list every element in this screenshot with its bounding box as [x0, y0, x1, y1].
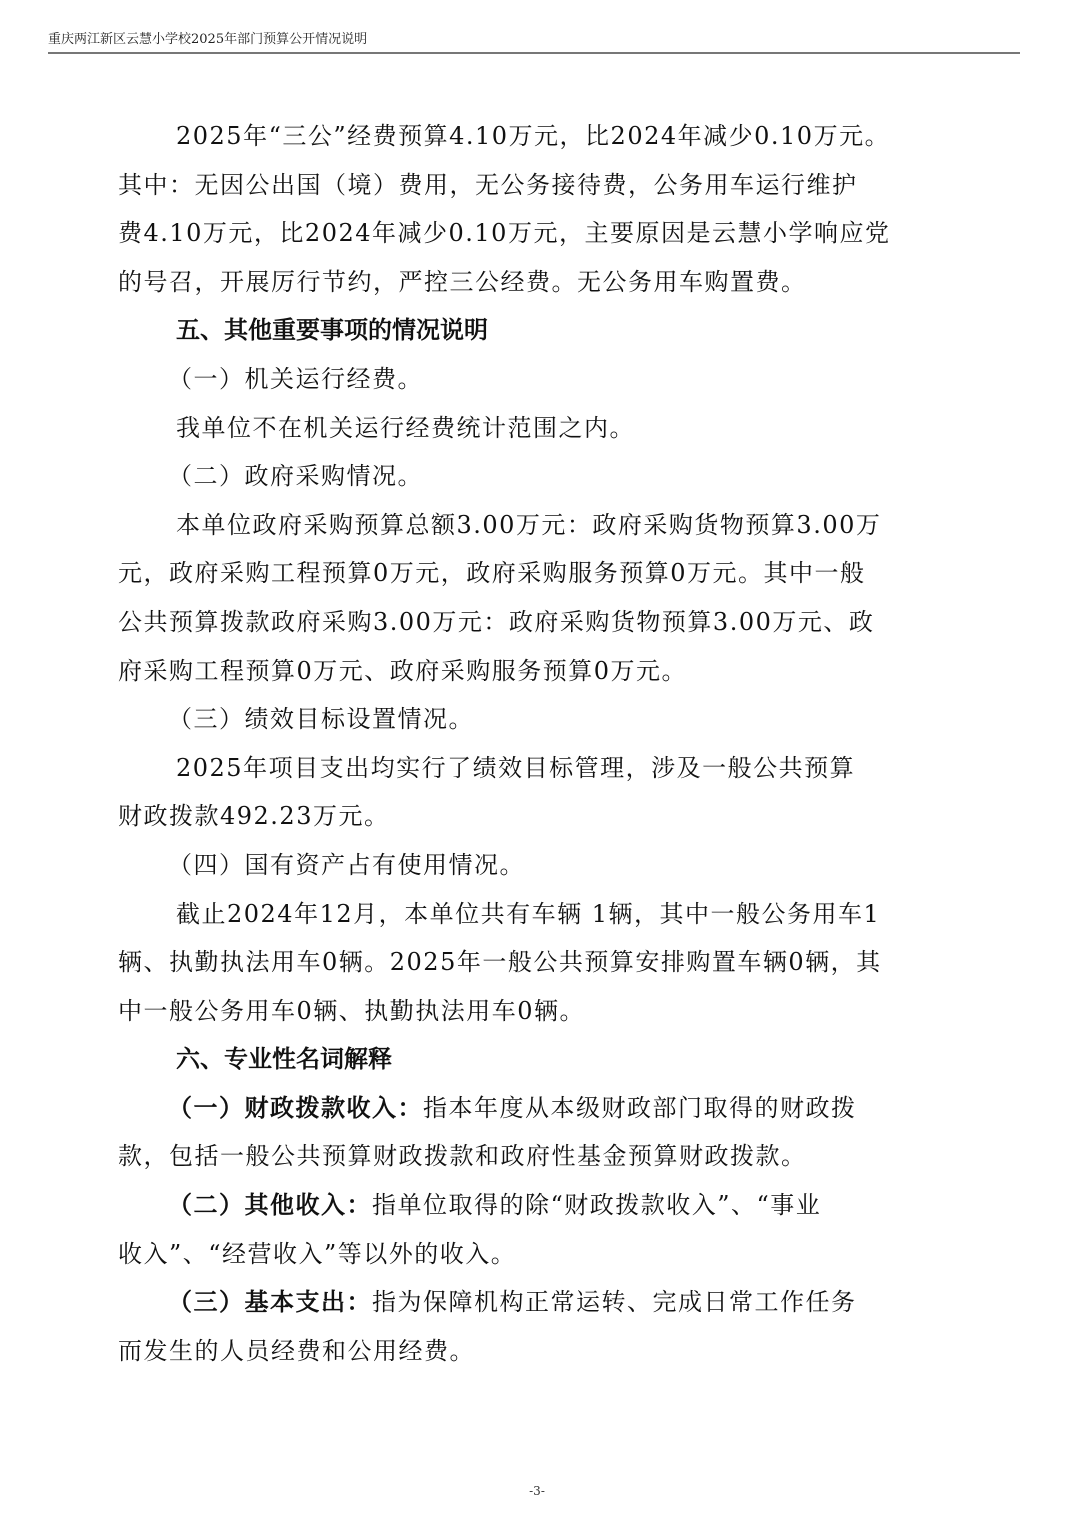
paragraph-line: 辆、执勤执法用车0辆。2025年一般公共预算安排购置车辆0辆，其 — [118, 938, 960, 987]
subsection-title-performance-goals: （三）绩效目标设置情况。 — [118, 695, 960, 744]
paragraph-line: 元，政府采购工程预算0万元，政府采购服务预算0万元。其中一般 — [118, 549, 960, 598]
subsection-title-state-assets: （四）国有资产占有使用情况。 — [118, 841, 960, 890]
subsection-title-operating-expenses: （一）机关运行经费。 — [118, 355, 960, 404]
header-divider — [48, 52, 1020, 54]
term-definition-text: 指为保障机构正常运转、完成日常工作任务 — [372, 1288, 857, 1316]
term-definition-basic-expenditure: （三）基本支出：指为保障机构正常运转、完成日常工作任务 — [118, 1278, 960, 1327]
paragraph-line: 2025年“三公”经费预算4.10万元，比2024年减少0.10万元。 — [118, 112, 960, 161]
paragraph-line: 我单位不在机关运行经费统计范围之内。 — [118, 404, 960, 453]
section-heading-terminology: 六、专业性名词解释 — [118, 1035, 960, 1084]
paragraph-line: 费4.10万元，比2024年减少0.10万元，主要原因是云慧小学响应党 — [118, 209, 960, 258]
page-number: -3- — [0, 1484, 1074, 1498]
paragraph-line: 财政拨款492.23万元。 — [118, 792, 960, 841]
term-definition-text: 指单位取得的除“财政拨款收入”、“事业 — [372, 1191, 821, 1219]
paragraph-line: 的号召，开展厉行节约，严控三公经费。无公务用车购置费。 — [118, 258, 960, 307]
term-definition-fiscal-appropriation: （一）财政拨款收入：指本年度从本级财政部门取得的财政拨 — [118, 1084, 960, 1133]
paragraph-line: 2025年项目支出均实行了绩效目标管理，涉及一般公共预算 — [118, 744, 960, 793]
document-header-title: 重庆两江新区云慧小学校2025年部门预算公开情况说明 — [48, 28, 367, 47]
term-definition-text: 指本年度从本级财政部门取得的财政拨 — [423, 1094, 857, 1122]
paragraph-line: 本单位政府采购预算总额3.00万元：政府采购货物预算3.00万 — [118, 501, 960, 550]
paragraph-line: 截止2024年12月，本单位共有车辆 1辆，其中一般公务用车1 — [118, 890, 960, 939]
section-heading-other-matters: 五、其他重要事项的情况说明 — [118, 306, 960, 355]
document-body: 2025年“三公”经费预算4.10万元，比2024年减少0.10万元。 其中：无… — [118, 112, 960, 1375]
three-public-expenses-paragraph: 2025年“三公”经费预算4.10万元，比2024年减少0.10万元。 其中：无… — [118, 112, 960, 306]
paragraph-line: 府采购工程预算0万元、政府采购服务预算0万元。 — [118, 647, 960, 696]
paragraph-line: 中一般公务用车0辆、执勤执法用车0辆。 — [118, 987, 960, 1036]
paragraph-line: 而发生的人员经费和公用经费。 — [118, 1327, 960, 1376]
term-label: （二）其他收入： — [168, 1190, 372, 1219]
paragraph-line: 收入”、“经营收入”等以外的收入。 — [118, 1230, 960, 1279]
paragraph-line: 公共预算拨款政府采购3.00万元：政府采购货物预算3.00万元、政 — [118, 598, 960, 647]
paragraph-line: 款，包括一般公共预算财政拨款和政府性基金预算财政拨款。 — [118, 1132, 960, 1181]
term-label: （三）基本支出： — [168, 1287, 372, 1316]
subsection-title-government-procurement: （二）政府采购情况。 — [118, 452, 960, 501]
term-definition-other-income: （二）其他收入：指单位取得的除“财政拨款收入”、“事业 — [118, 1181, 960, 1230]
paragraph-line: 其中：无因公出国（境）费用，无公务接待费，公务用车运行维护 — [118, 161, 960, 210]
term-label: （一）财政拨款收入： — [168, 1093, 423, 1122]
